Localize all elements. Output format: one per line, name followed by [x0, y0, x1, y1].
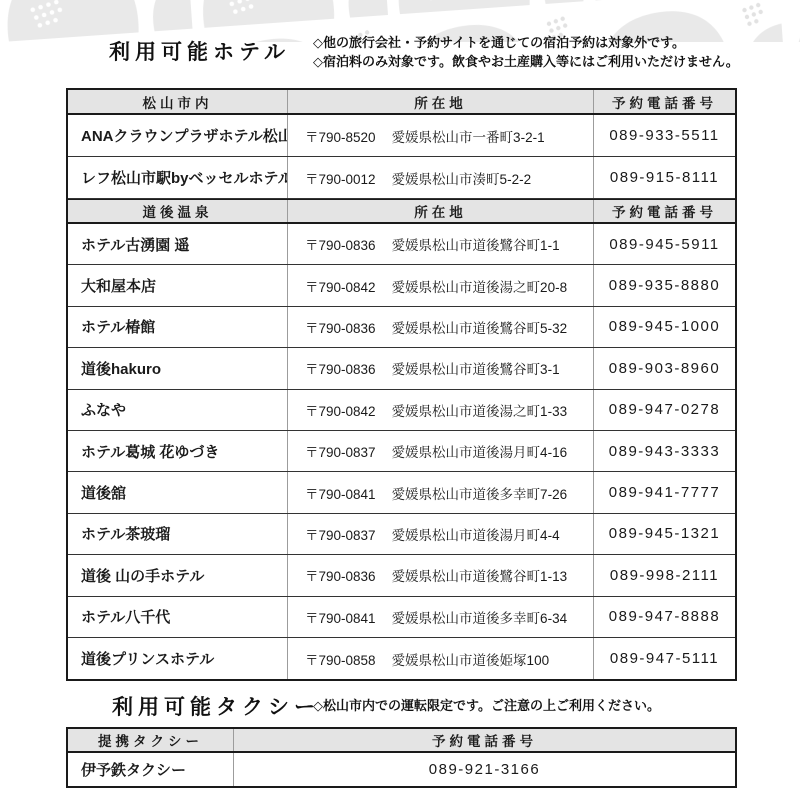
hotel-address-cell: 〒790-0837 愛媛県松山市道後湯月町4-16 — [287, 431, 593, 471]
hotel-note-line2: ◇宿泊料のみ対象です。飲食やお土産購入等にはご利用いただけません。 — [313, 52, 739, 71]
taxi-table-row: 伊予鉄タクシー 089-921-3166 — [68, 753, 735, 786]
hotel-street-address: 愛媛県松山市道後鷺谷町1-1 — [392, 234, 560, 254]
group-header-location: 所在地 — [287, 90, 593, 113]
hotel-street-address: 愛媛県松山市一番町3-2-1 — [392, 126, 545, 146]
hotel-phone-number: 089-933-5511 — [593, 115, 735, 156]
hotel-phone-number: 089-941-7777 — [593, 472, 735, 512]
hotel-table-row: ホテル葛城 花ゆづき 〒790-0837 愛媛県松山市道後湯月町4-16 089… — [68, 431, 735, 472]
hotel-postal-code: 〒790-0836 — [305, 317, 376, 337]
hotel-phone-number: 089-903-8960 — [593, 348, 735, 388]
hotel-postal-code: 〒790-0836 — [305, 358, 376, 378]
hotel-address-cell: 〒790-0842 愛媛県松山市道後湯之町1-33 — [287, 390, 593, 430]
hotel-table: 松山市内 所在地 予約電話番号 ANAクラウンプラザホテル松山 〒790-852… — [66, 88, 737, 681]
hotel-address-cell: 〒790-0836 愛媛県松山市道後鷺谷町1-1 — [287, 224, 593, 264]
group-header-area: 道後温泉 — [68, 200, 287, 222]
hotel-address-cell: 〒790-0012 愛媛県松山市湊町5-2-2 — [287, 157, 593, 198]
taxi-table: 提携タクシー 予約電話番号 伊予鉄タクシー 089-921-3166 — [66, 727, 737, 788]
hotel-name: ホテル古湧園 遥 — [68, 224, 287, 264]
hotel-postal-code: 〒790-0842 — [305, 276, 376, 296]
hotel-street-address: 愛媛県松山市道後多幸町7-26 — [392, 483, 568, 503]
hotel-street-address: 愛媛県松山市道後多幸町6-34 — [392, 607, 568, 627]
hotel-name: 道後 山の手ホテル — [68, 555, 287, 595]
hotel-name: ふなや — [68, 390, 287, 430]
hotel-table-row: ホテル八千代 〒790-0841 愛媛県松山市道後多幸町6-34 089-947… — [68, 597, 735, 638]
hotel-section-title: 利用可能ホテル — [109, 36, 290, 66]
hotel-street-address: 愛媛県松山市道後湯月町4-16 — [392, 441, 568, 461]
hotel-address-cell: 〒790-0837 愛媛県松山市道後湯月町4-4 — [287, 514, 593, 554]
hotel-phone-number: 089-935-8880 — [593, 265, 735, 305]
group-header-location: 所在地 — [287, 200, 593, 222]
hotel-postal-code: 〒790-0837 — [305, 441, 376, 461]
hotel-street-address: 愛媛県松山市道後鷺谷町1-13 — [392, 565, 568, 585]
hotel-table-row: レフ松山市駅byベッセルホテルズ 〒790-0012 愛媛県松山市湊町5-2-2… — [68, 157, 735, 199]
hotel-address-cell: 〒790-0841 愛媛県松山市道後多幸町6-34 — [287, 597, 593, 637]
hotel-street-address: 愛媛県松山市湊町5-2-2 — [392, 168, 532, 188]
hotel-table-row: ホテル椿館 〒790-0836 愛媛県松山市道後鷺谷町5-32 089-945-… — [68, 307, 735, 348]
hotel-phone-number: 089-998-2111 — [593, 555, 735, 595]
taxi-phone-number: 089-921-3166 — [233, 753, 735, 786]
hotel-table-row: 道後hakuro 〒790-0836 愛媛県松山市道後鷺谷町3-1 089-90… — [68, 348, 735, 389]
hotel-phone-number: 089-945-1321 — [593, 514, 735, 554]
hotel-address-cell: 〒790-0841 愛媛県松山市道後多幸町7-26 — [287, 472, 593, 512]
taxi-table-header-row: 提携タクシー 予約電話番号 — [68, 729, 735, 753]
hotel-street-address: 愛媛県松山市道後湯之町20-8 — [392, 276, 568, 296]
hotel-section-notes: ◇他の旅行会社・予約サイトを通じての宿泊予約は対象外です。 ◇宿泊料のみ対象です… — [313, 33, 739, 71]
hotel-table-row: 道後 山の手ホテル 〒790-0836 愛媛県松山市道後鷺谷町1-13 089-… — [68, 555, 735, 596]
document-page: 利用可能ホテル ◇他の旅行会社・予約サイトを通じての宿泊予約は対象外です。 ◇宿… — [0, 0, 800, 800]
hotel-postal-code: 〒790-0841 — [305, 607, 376, 627]
taxi-section-title: 利用可能タクシー — [112, 691, 320, 721]
hotel-phone-number: 089-943-3333 — [593, 431, 735, 471]
hotel-name: 道後舘 — [68, 472, 287, 512]
hotel-table-row: ホテル茶玻瑠 〒790-0837 愛媛県松山市道後湯月町4-4 089-945-… — [68, 514, 735, 555]
hotel-phone-number: 089-947-0278 — [593, 390, 735, 430]
hotel-postal-code: 〒790-0012 — [305, 168, 376, 188]
hotel-postal-code: 〒790-8520 — [305, 126, 376, 146]
hotel-table-row: ホテル古湧園 遥 〒790-0836 愛媛県松山市道後鷺谷町1-1 089-94… — [68, 224, 735, 265]
hotel-group-header-row: 道後温泉 所在地 予約電話番号 — [68, 199, 735, 224]
hotel-name: 道後プリンスホテル — [68, 638, 287, 679]
hotel-group-header-row: 松山市内 所在地 予約電話番号 — [68, 90, 735, 115]
taxi-header-name: 提携タクシー — [68, 729, 233, 751]
group-header-phone: 予約電話番号 — [593, 90, 735, 113]
hotel-table-row: 大和屋本店 〒790-0842 愛媛県松山市道後湯之町20-8 089-935-… — [68, 265, 735, 306]
hotel-name: ホテル茶玻瑠 — [68, 514, 287, 554]
hotel-table-row: 道後舘 〒790-0841 愛媛県松山市道後多幸町7-26 089-941-77… — [68, 472, 735, 513]
hotel-address-cell: 〒790-0836 愛媛県松山市道後鷺谷町3-1 — [287, 348, 593, 388]
hotel-postal-code: 〒790-0836 — [305, 234, 376, 254]
hotel-phone-number: 089-915-8111 — [593, 157, 735, 198]
hotel-phone-number: 089-947-8888 — [593, 597, 735, 637]
hotel-table-row: ANAクラウンプラザホテル松山 〒790-8520 愛媛県松山市一番町3-2-1… — [68, 115, 735, 157]
hotel-table-row: 道後プリンスホテル 〒790-0858 愛媛県松山市道後姫塚100 089-94… — [68, 638, 735, 679]
taxi-company-name: 伊予鉄タクシー — [68, 753, 233, 786]
hotel-postal-code: 〒790-0841 — [305, 483, 376, 503]
hotel-postal-code: 〒790-0842 — [305, 400, 376, 420]
hotel-name: 道後hakuro — [68, 348, 287, 388]
hotel-street-address: 愛媛県松山市道後姫塚100 — [392, 649, 550, 669]
hotel-address-cell: 〒790-0836 愛媛県松山市道後鷺谷町1-13 — [287, 555, 593, 595]
taxi-header-phone: 予約電話番号 — [233, 729, 735, 751]
hotel-street-address: 愛媛県松山市道後湯之町1-33 — [392, 400, 568, 420]
hotel-name: ANAクラウンプラザホテル松山 — [68, 115, 287, 156]
hotel-address-cell: 〒790-0858 愛媛県松山市道後姫塚100 — [287, 638, 593, 679]
hotel-phone-number: 089-947-5111 — [593, 638, 735, 679]
hotel-street-address: 愛媛県松山市道後鷺谷町5-32 — [392, 317, 568, 337]
hotel-address-cell: 〒790-0836 愛媛県松山市道後鷺谷町5-32 — [287, 307, 593, 347]
hotel-name: 大和屋本店 — [68, 265, 287, 305]
taxi-section-note: ◇松山市内での運転限定です。ご注意の上ご利用ください。 — [313, 696, 660, 715]
group-header-phone: 予約電話番号 — [593, 200, 735, 222]
hotel-address-cell: 〒790-0842 愛媛県松山市道後湯之町20-8 — [287, 265, 593, 305]
hotel-phone-number: 089-945-1000 — [593, 307, 735, 347]
hotel-note-line1: ◇他の旅行会社・予約サイトを通じての宿泊予約は対象外です。 — [313, 33, 739, 52]
hotel-phone-number: 089-945-5911 — [593, 224, 735, 264]
hotel-address-cell: 〒790-8520 愛媛県松山市一番町3-2-1 — [287, 115, 593, 156]
hotel-name: ホテル八千代 — [68, 597, 287, 637]
hotel-postal-code: 〒790-0836 — [305, 565, 376, 585]
hotel-street-address: 愛媛県松山市道後湯月町4-4 — [392, 524, 560, 544]
hotel-table-row: ふなや 〒790-0842 愛媛県松山市道後湯之町1-33 089-947-02… — [68, 390, 735, 431]
group-header-area: 松山市内 — [68, 90, 287, 113]
hotel-street-address: 愛媛県松山市道後鷺谷町3-1 — [392, 358, 560, 378]
hotel-name: レフ松山市駅byベッセルホテルズ — [68, 157, 287, 198]
hotel-name: ホテル葛城 花ゆづき — [68, 431, 287, 471]
hotel-name: ホテル椿館 — [68, 307, 287, 347]
hotel-postal-code: 〒790-0858 — [305, 649, 376, 669]
hotel-postal-code: 〒790-0837 — [305, 524, 376, 544]
